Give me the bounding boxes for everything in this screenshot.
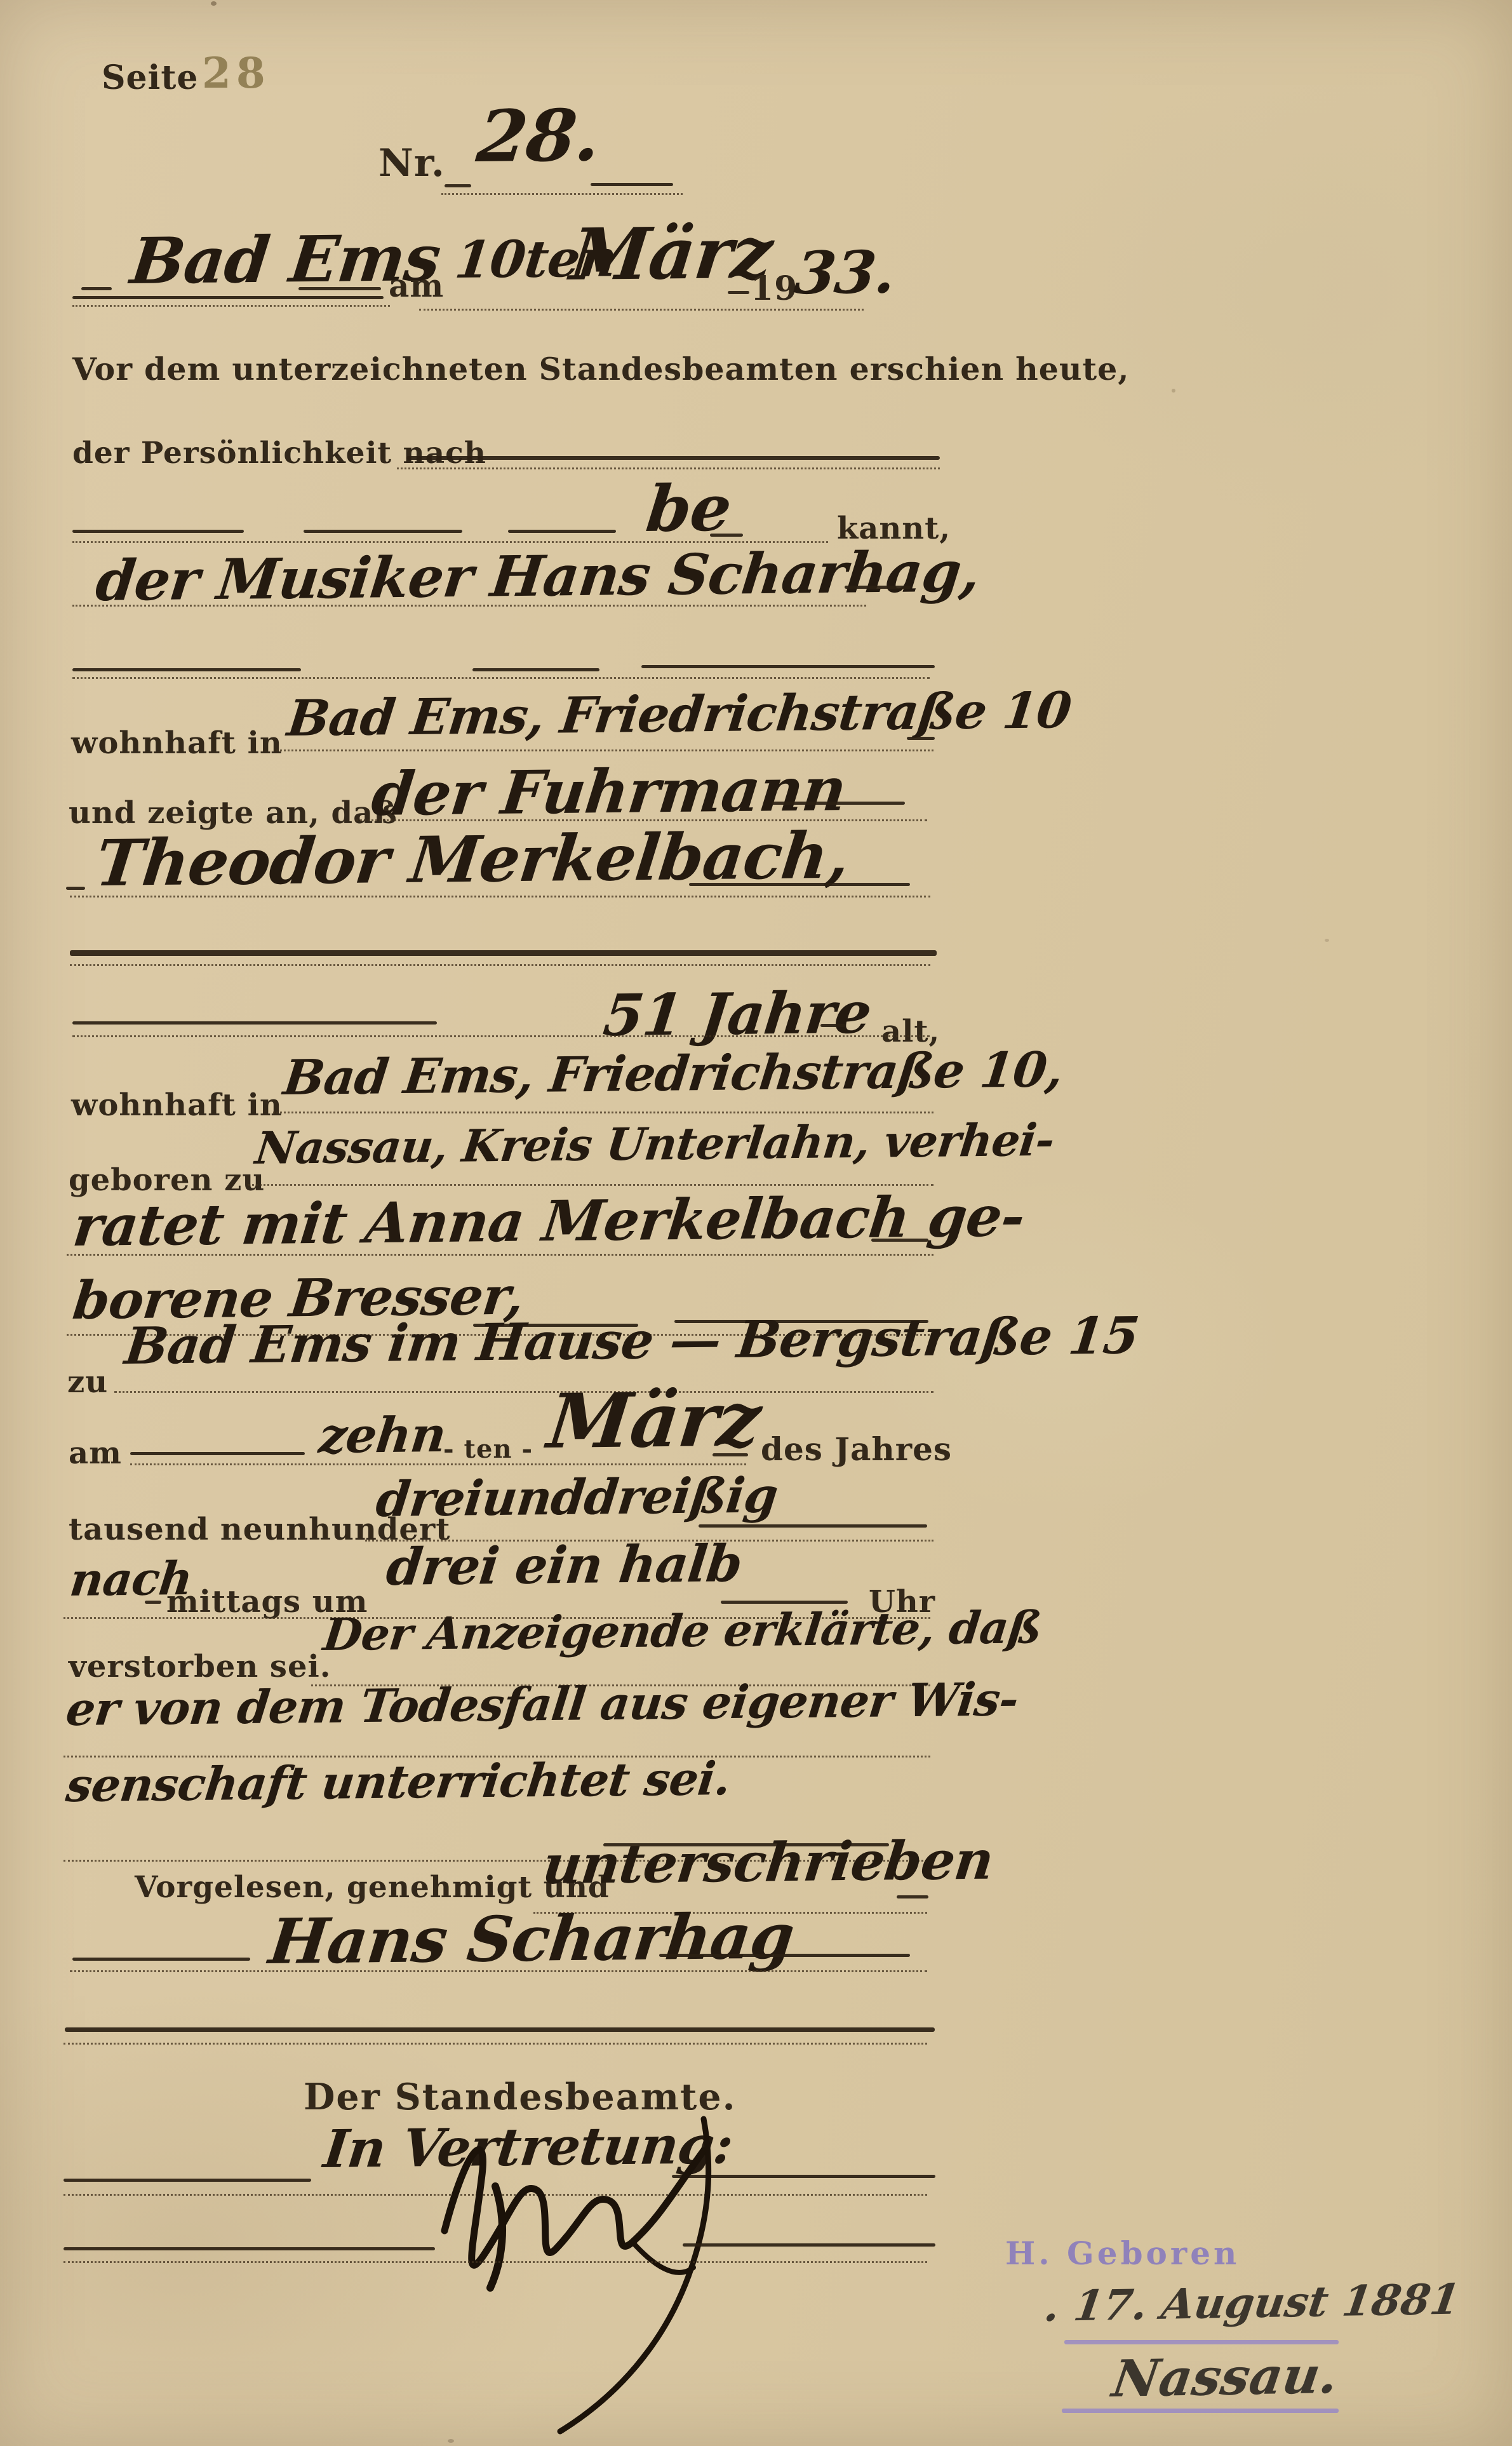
form-line: [728, 291, 749, 294]
wohnhaft-label-2: wohnhaft in: [71, 1087, 283, 1123]
paper-speck: [1172, 389, 1175, 393]
form-dotted-line: [70, 964, 930, 966]
year-century-printed: 19: [751, 269, 798, 308]
deceased-spouse-line1-handwritten: ratet mit Anna Merkelbach ge-: [70, 1183, 1028, 1259]
record-year-handwritten: 33.: [791, 238, 899, 307]
statement1-handwritten: Der Anzeigende erklärte, daß: [321, 1601, 1044, 1661]
ten-suffix-label: - ten -: [443, 1434, 533, 1464]
death-time-handwritten: drei ein halb: [384, 1533, 745, 1597]
form-line: [72, 530, 244, 533]
vorgelesen-label: Vorgelesen, genehmigt und: [135, 1870, 610, 1905]
form-line: [304, 530, 462, 533]
form-line: [406, 456, 940, 460]
deceased-age-handwritten: 51 Jahre: [600, 979, 874, 1049]
form-line: [64, 2179, 311, 2182]
form-dotted-line: [276, 749, 933, 751]
am-label: am: [389, 267, 444, 304]
form-dotted-line: [441, 193, 683, 195]
page-label: Seite: [102, 58, 199, 97]
form-line-thick: [70, 950, 937, 956]
bekannt-prefix-handwritten: be: [643, 471, 735, 546]
am-label-2: am: [69, 1435, 122, 1471]
declarant-line-handwritten: der Musiker Hans Scharhag,: [93, 538, 983, 614]
form-line: [689, 883, 910, 886]
paper-speck: [211, 1, 217, 6]
geboren-stamp-label: H. Geboren: [1005, 2234, 1240, 2272]
form-dotted-line: [114, 1391, 933, 1393]
form-line: [907, 737, 935, 740]
death-year-handwritten: dreiunddreißig: [373, 1467, 780, 1528]
form-line: [641, 665, 935, 668]
form-dotted-line: [67, 1254, 933, 1256]
form-line: [897, 1895, 928, 1898]
form-dotted-line: [72, 305, 390, 307]
form-line: [820, 1024, 846, 1027]
form-line: [130, 1452, 305, 1455]
form-line: [72, 668, 301, 671]
stamp-underline: [1062, 2409, 1339, 2413]
form-dotted-line: [72, 1035, 930, 1037]
death-month-handwritten: März: [544, 1375, 765, 1465]
form-dotted-line: [64, 2043, 927, 2045]
form-line: [72, 296, 384, 299]
form-line: [64, 2247, 435, 2250]
form-line: [845, 586, 911, 589]
form-dotted-line: [419, 309, 864, 311]
deceased-birthplace-handwritten: Nassau, Kreis Unterlahn, verhei-: [253, 1113, 1057, 1174]
form-line: [145, 1601, 161, 1604]
form-line: [772, 802, 905, 805]
form-dotted-line: [397, 467, 940, 469]
form-line: [699, 1524, 927, 1528]
form-dotted-line: [70, 1970, 927, 1972]
form-line: [683, 2243, 935, 2247]
record-month-handwritten: März: [566, 212, 776, 297]
declarant-signature: Hans Scharhag: [265, 1900, 798, 1979]
paper-speck: [1325, 939, 1329, 942]
form-dotted-line: [130, 1463, 746, 1465]
form-line: [713, 1453, 748, 1456]
declarant-address-handwritten: Bad Ems, Friedrichstraße 10: [284, 682, 1074, 748]
deceased-address-handwritten: Bad Ems, Friedrichstraße 10,: [281, 1041, 1066, 1106]
form-line: [508, 530, 616, 533]
form-line: [659, 1954, 910, 1957]
paper-speck: [448, 2439, 454, 2443]
form-dotted-line: [70, 896, 930, 897]
form-line: [871, 1239, 928, 1242]
birth-place-handwritten: Nassau.: [1109, 2345, 1342, 2409]
form-dotted-line: [273, 1112, 933, 1113]
form-line: [591, 183, 673, 186]
intro-line2: der Persönlichkeit nach: [72, 436, 486, 471]
record-number-label: Nr.: [378, 141, 445, 185]
statement2-handwritten: er von dem Todesfall aus eigener Wis-: [64, 1672, 1021, 1736]
form-line: [66, 887, 85, 890]
statement3-handwritten: senschaft unterrichtet sei.: [64, 1751, 733, 1812]
unterschrieben-handwritten: unterschrieben: [540, 1829, 996, 1896]
form-dotted-line: [72, 677, 930, 679]
deceased-name-handwritten: Theodor Merkelbach,: [92, 818, 853, 901]
wohnhaft-label-1: wohnhaft in: [71, 725, 283, 761]
zu-label: zu: [67, 1364, 108, 1400]
page-number-stamp: 28: [202, 48, 271, 98]
record-number-value: 28.: [473, 94, 605, 178]
intro-line1: Vor dem unterzeichneten Standesbeamten e…: [72, 351, 1129, 387]
form-line: [72, 1958, 250, 1961]
form-dotted-line: [72, 605, 866, 607]
death-day-handwritten: zehn: [316, 1406, 448, 1464]
birth-date-handwritten: . 17. August 1881: [1041, 2275, 1463, 2331]
form-dotted-line: [64, 2261, 927, 2263]
form-line: [81, 287, 112, 290]
death-place-handwritten: Bad Ems im Hause — Bergstraße 15: [122, 1305, 1142, 1376]
form-line: [298, 287, 381, 290]
form-line: [72, 1021, 437, 1025]
stamp-underline: [1064, 2340, 1339, 2344]
form-line: [472, 668, 599, 671]
official-signature-flourish: [406, 2110, 813, 2440]
des-jahres-label: des Jahres: [761, 1430, 952, 1468]
death-register-page: Seite 28 Nr. 28. Bad Ems am 10ten März 1…: [0, 0, 1512, 2446]
form-line: [445, 184, 471, 187]
form-line: [65, 2027, 935, 2032]
